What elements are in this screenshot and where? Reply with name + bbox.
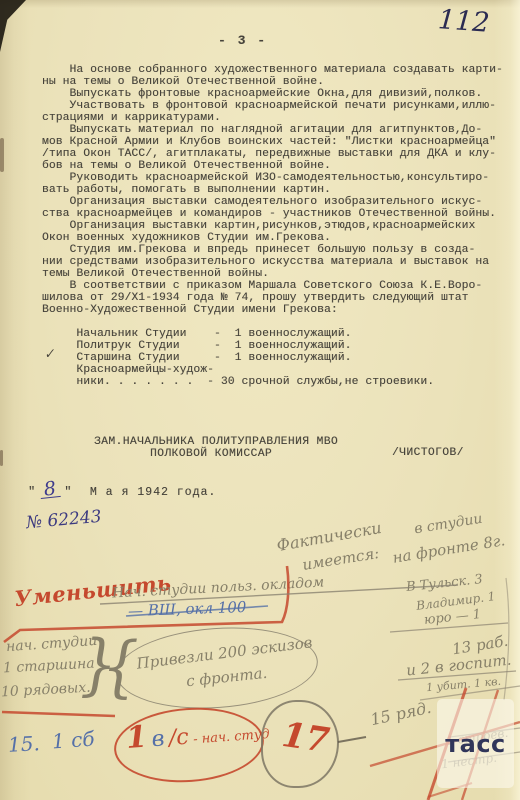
pencil-note-15rows: 15 ряд. (369, 698, 433, 729)
pencil-dash (338, 737, 366, 742)
quote-close: " (64, 485, 71, 499)
typed-line: ства красноармейцев и командиров - участ… (42, 208, 503, 220)
pencil-note-fact-4: на фронте 8г. (391, 531, 506, 567)
typed-line: Руководить красноармейской ИЗО-самодеяте… (42, 172, 503, 184)
pencil-left-3: 10 рядовых. (1, 680, 91, 701)
typed-line: нии средствами изобразительного искусств… (42, 256, 503, 268)
registration-number: № 62243 (25, 507, 102, 534)
typed-line: Старшина Студии - 1 военнослужащий. (42, 352, 503, 364)
typed-line: темы Великой Отечественной войны. (42, 268, 503, 280)
handwritten-day: 8 (39, 481, 61, 499)
typed-line: Участвовать в фронтовой красноармейской … (42, 100, 503, 112)
red-circled-17: 17 (279, 715, 331, 761)
tass-watermark-label: тасс (445, 730, 506, 758)
red-divider-line (2, 712, 115, 716)
typed-line (42, 316, 503, 328)
typed-line: Выпускать материал по наглядной агитации… (42, 124, 503, 136)
typed-line: Организация выставки картин,рисунков,этю… (42, 220, 503, 232)
pencil-note-count-3: 1 убит. 1 кв. (426, 675, 502, 694)
typed-line: ны на темы о Великой Отечественной войне… (42, 76, 503, 88)
circ-slash: /с (168, 725, 189, 751)
scanned-document-page: 112 - 3 - На основе собранного художеств… (0, 0, 520, 800)
typed-body: На основе собранного художественного мат… (42, 64, 503, 388)
typed-line: Организация выставки самодеятельного изо… (42, 196, 503, 208)
typed-line: В соответствии с приказом Маршала Советс… (42, 280, 503, 292)
signature-title-2: ПОЛКОВОЙ КОМИССАР (150, 448, 272, 460)
typed-line: шилова от 29/Х1-1934 года № 74, прошу ут… (42, 292, 503, 304)
scan-corner-shadow (0, 0, 26, 52)
edge-smudge (0, 138, 4, 172)
handwritten-sheet-number: 112 (437, 4, 491, 39)
typed-line: мов Красной Армии и Клубов воинских част… (42, 136, 503, 148)
typed-line: Начальник Студии - 1 военнослужащий. (42, 328, 503, 340)
blue-note-1sb: 1 сб (51, 727, 95, 754)
circ-label: - нач. студ (193, 727, 270, 747)
signature-name: /ЧИСТОГОВ/ (392, 447, 464, 459)
typed-line: страциями и каррикатурами. (42, 112, 503, 124)
tass-watermark: тасс (437, 699, 514, 788)
date-text: М а я 1942 года. (90, 486, 216, 499)
circ-letter: в (151, 726, 166, 752)
date-line: " 8 " М а я 1942 года. (28, 482, 216, 500)
signature-title-1: ЗАМ.НАЧАЛЬНИКА ПОЛИТУПРАВЛЕНИЯ МВО (94, 436, 338, 448)
edge-smudge (0, 450, 3, 466)
typed-line: Военно-Художественной Студии имени Греко… (42, 304, 503, 316)
typed-line: бов на темы о Великой Отечественной войн… (42, 160, 503, 172)
typed-line: На основе собранного художественного мат… (42, 64, 503, 76)
typed-line: Окон военных художников Студии им.Греков… (42, 232, 503, 244)
typed-line: ники. . . . . . . - 30 срочной службы,не… (42, 376, 503, 388)
typed-line: Политрук Студии - 1 военнослужащий. (42, 340, 503, 352)
typed-line: вать работы, помогать в выполнении карти… (42, 184, 503, 196)
typed-line: Красноармейцы-худож- (42, 364, 503, 376)
typed-line: /типа Окон ТАСС/, агитплакаты, передвижн… (42, 148, 503, 160)
quote-open: " (28, 485, 35, 499)
blue-note-15: 15. (7, 731, 40, 757)
blue-note-struck: — ВШ, окл 100 (128, 598, 247, 620)
page-number: - 3 - (218, 33, 267, 48)
typed-line: Выпускать фронтовые красноармейские Окна… (42, 88, 503, 100)
circ-digit: 1 (125, 720, 148, 756)
pencil-checkmark: ✓ (43, 346, 56, 362)
pencil-note-fact-3: в студии (413, 511, 483, 538)
typed-line: Студия им.Грекова и впредь принесет боль… (42, 244, 503, 256)
